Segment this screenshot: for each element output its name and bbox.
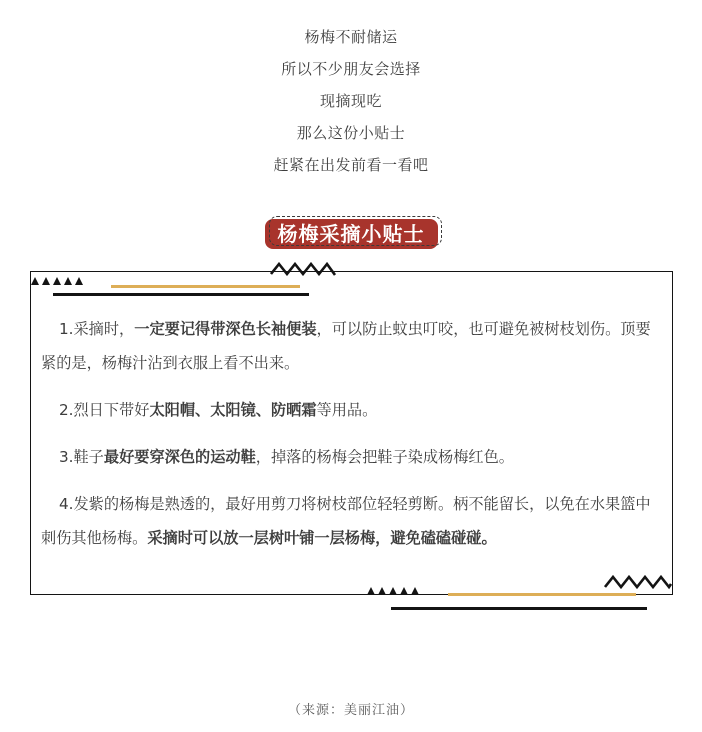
tip-paragraph-3: 3.鞋子最好要穿深色的运动鞋，掉落的杨梅会把鞋子染成杨梅红色。 [41, 440, 662, 474]
black-line-top-decoration [53, 293, 309, 296]
tip-paragraph-4: 4.发紫的杨梅是熟透的，最好用剪刀将树枝部位轻轻剪断。柄不能留长，以免在水果篮中… [41, 487, 662, 555]
intro-line: 现摘现吃 [0, 85, 702, 117]
triangle-row-top-decoration [31, 277, 86, 285]
tip-paragraph-1: 1.采摘时，一定要记得带深色长袖便装，可以防止蚊虫叮咬，也可避免被树枝划伤。顶要… [41, 312, 662, 380]
zigzag-top-icon [270, 262, 336, 276]
section-title-row: 杨梅采摘小贴士 [0, 219, 702, 249]
intro-section: 杨梅不耐储运 所以不少朋友会选择 现摘现吃 那么这份小贴士 赶紧在出发前看一看吧 [0, 0, 702, 181]
section-title-banner: 杨梅采摘小贴士 [265, 219, 438, 249]
source-footer: （来源：美丽江油） [0, 701, 702, 721]
black-line-bottom-decoration [391, 607, 647, 610]
zigzag-bottom-icon [604, 574, 672, 590]
triangle-row-bottom-decoration [367, 587, 422, 595]
intro-line: 赶紧在出发前看一看吧 [0, 149, 702, 181]
intro-line: 所以不少朋友会选择 [0, 53, 702, 85]
intro-line: 那么这份小贴士 [0, 117, 702, 149]
intro-line: 杨梅不耐储运 [0, 21, 702, 53]
gold-line-top-decoration [111, 285, 300, 288]
gold-line-bottom-decoration [448, 593, 636, 596]
tips-box: 1.采摘时，一定要记得带深色长袖便装，可以防止蚊虫叮咬，也可避免被树枝划伤。顶要… [30, 271, 673, 595]
section-title: 杨梅采摘小贴士 [278, 222, 425, 246]
tip-paragraph-2: 2.烈日下带好太阳帽、太阳镜、防晒霜等用品。 [41, 393, 662, 427]
